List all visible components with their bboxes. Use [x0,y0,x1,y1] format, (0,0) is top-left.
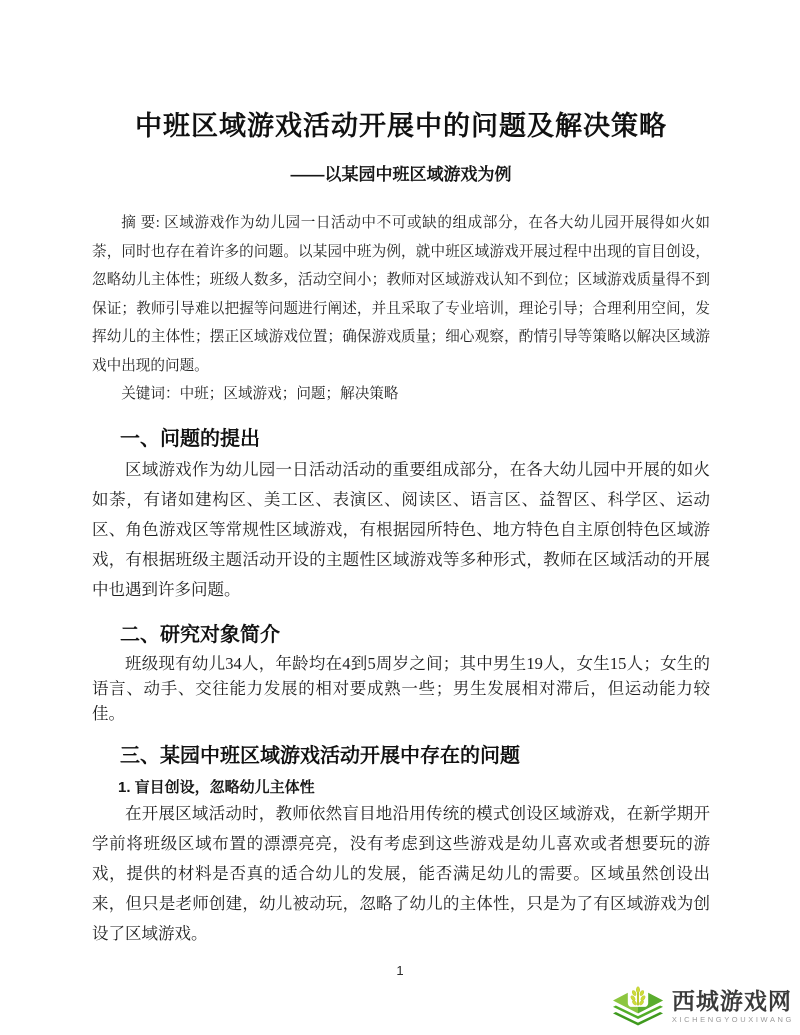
section-1-heading: 一、问题的提出 [92,422,710,451]
page-subtitle: ——以某园中班区域游戏为例 [92,160,710,185]
section-2-heading: 二、研究对象简介 [92,618,710,647]
keywords-text: 中班；区域游戏；问题；解决策略 [180,386,399,402]
page-number: 1 [0,963,800,978]
section-3-heading: 三、某园中班区域游戏活动开展中存在的问题 [92,739,710,768]
watermark-text-block: 西城游戏网 XICHENGYOUXIWANG [672,989,794,1024]
keywords-label: 关键词： [121,386,179,402]
page-title: 中班区域游戏活动开展中的问题及解决策略 [92,104,710,143]
abstract-text: 区域游戏作为幼儿园一日活动中不可或缺的组成部分，在各大幼儿园开展得如火如荼，同时… [92,215,710,374]
keywords-line: 关键词：中班；区域游戏；问题；解决策略 [92,380,710,409]
document-page: 中班区域游戏活动开展中的问题及解决策略 ——以某园中班区域游戏为例 摘 要: 区… [0,0,800,1035]
section-1-paragraph: 区域游戏作为幼儿园一日活动活动的重要组成部分，在各大幼儿园中开展的如火如荼，有诸… [92,455,710,605]
abstract-paragraph: 摘 要: 区域游戏作为幼儿园一日活动中不可或缺的组成部分，在各大幼儿园开展得如火… [92,209,710,380]
watermark-site-subtext: XICHENGYOUXIWANG [672,1015,794,1024]
section-3-paragraph: 在开展区域活动时，教师依然盲目地沿用传统的模式创设区域游戏，在新学期开学前将班级… [92,799,710,949]
watermark-wheat-logo-icon [610,981,666,1031]
abstract-label: 摘 要: [121,215,164,231]
document-content: 中班区域游戏活动开展中的问题及解决策略 ——以某园中班区域游戏为例 摘 要: 区… [92,0,710,955]
section-3-subheading: 1. 盲目创设，忽略幼儿主体性 [92,776,710,797]
watermark-site-name: 西城游戏网 [672,989,792,1013]
watermark: 西城游戏网 XICHENGYOUXIWANG [610,981,794,1031]
section-2-paragraph: 班级现有幼儿34人，年龄均在4到5周岁之间；其中男生19人，女生15人；女生的语… [92,651,710,726]
